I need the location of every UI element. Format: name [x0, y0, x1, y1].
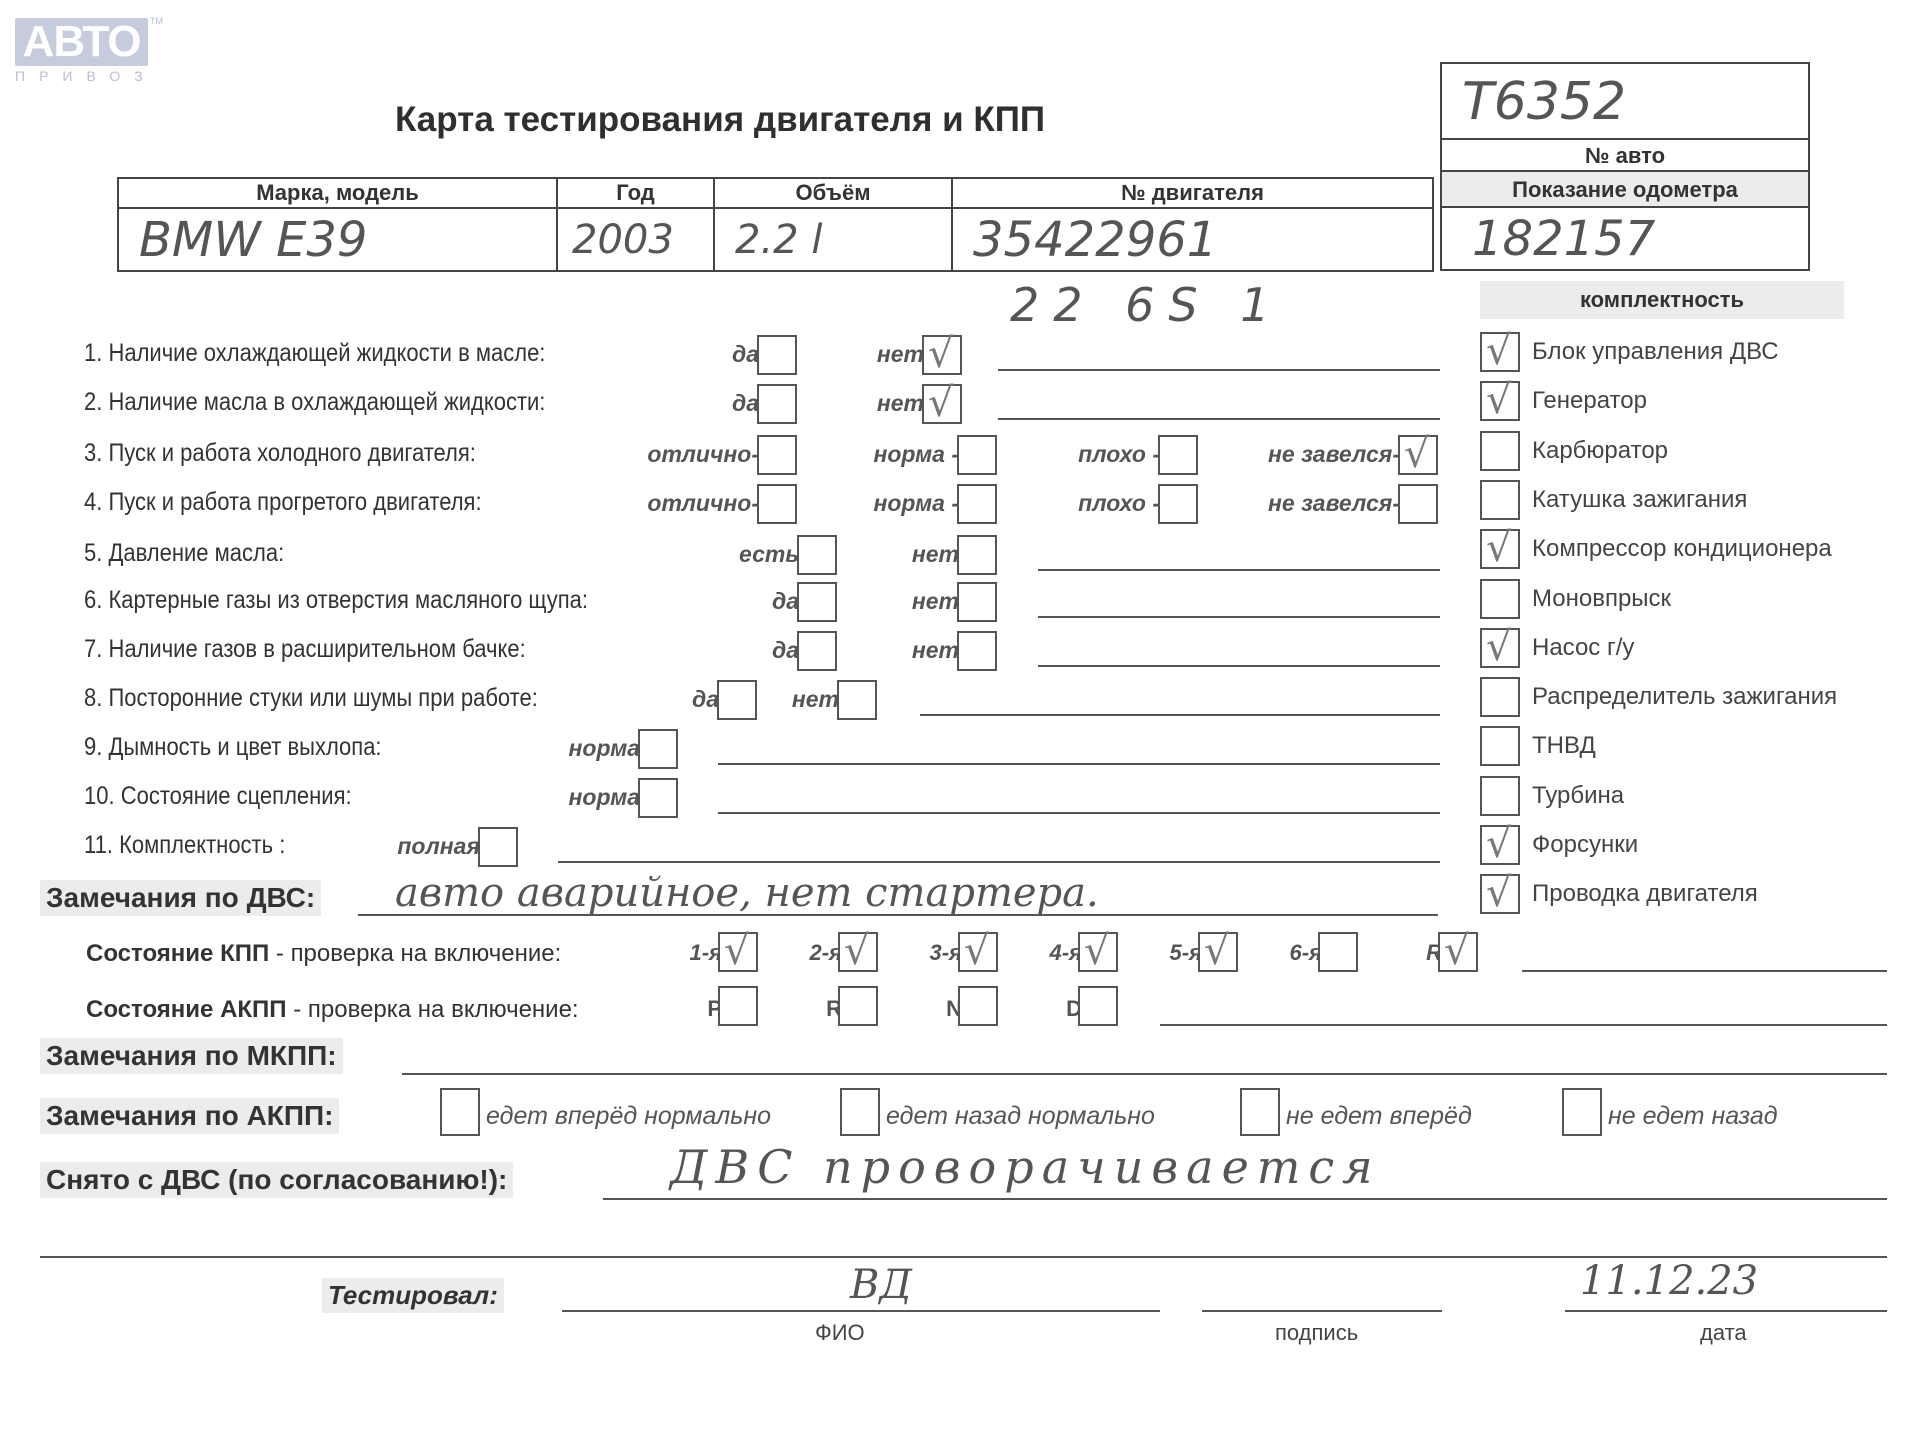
option-checkbox[interactable]	[797, 535, 837, 575]
kit-checkbox[interactable]	[1480, 677, 1520, 717]
kit-checkbox[interactable]	[1480, 529, 1520, 569]
removed-value[interactable]: ДВС проворачивается	[670, 1140, 1381, 1194]
question-text: 7. Наличие газов в расширительном бачке:	[84, 635, 526, 664]
car-number-value[interactable]: T6352	[1442, 64, 1808, 140]
vehicle-info-table: Марка, модель Год Объём № двигателя BMW …	[117, 177, 1434, 272]
question-text: 3. Пуск и работа холодного двигателя:	[84, 439, 476, 468]
odometer-value[interactable]: 182157	[1442, 208, 1808, 271]
option-checkbox[interactable]	[1158, 435, 1198, 475]
akpp-remark-label: не едет вперёд	[1286, 1102, 1472, 1131]
kit-item-label: Блок управления ДВС	[1532, 338, 1779, 366]
option-checkbox[interactable]	[957, 535, 997, 575]
option-label: отлично-	[647, 441, 759, 468]
caption-signature: подпись	[1275, 1320, 1358, 1346]
question-text: 11. Комплектность :	[84, 831, 285, 860]
option-label: нет	[912, 541, 959, 568]
option-label: плохо -	[1078, 490, 1160, 517]
car-info-box: T6352 № авто Показание одометра 182157	[1440, 62, 1810, 271]
logo: АВТО	[15, 18, 148, 66]
akpp-position-checkbox[interactable]	[958, 986, 998, 1026]
kit-item-label: Проводка двигателя	[1532, 880, 1758, 908]
option-checkbox[interactable]	[757, 484, 797, 524]
comment-line[interactable]	[718, 812, 1440, 814]
kit-item-label: Компрессор кондиционера	[1532, 535, 1832, 563]
kit-checkbox[interactable]	[1480, 332, 1520, 372]
gear-checkbox[interactable]	[838, 932, 878, 972]
option-label: не завелся-	[1268, 490, 1400, 517]
option-label: да	[732, 390, 759, 417]
auto-gearbox-label-rest: - проверка на включение:	[287, 996, 579, 1023]
akpp-position-checkbox[interactable]	[838, 986, 878, 1026]
akpp-remarks-label: Замечания по АКПП:	[40, 1098, 339, 1134]
option-checkbox[interactable]	[757, 435, 797, 475]
option-label: да	[772, 588, 799, 615]
question-text: 4. Пуск и работа прогретого двигателя:	[84, 488, 482, 517]
car-number-label: № авто	[1442, 140, 1808, 172]
akpp-remark-label: едет назад нормально	[886, 1102, 1155, 1131]
question-text: 9. Дымность и цвет выхлопа:	[84, 733, 382, 762]
option-checkbox[interactable]	[1398, 435, 1438, 475]
option-label: отлично-	[647, 490, 759, 517]
col-make-model: Марка, модель	[118, 178, 557, 208]
kit-checkbox[interactable]	[1480, 726, 1520, 766]
option-checkbox[interactable]	[797, 631, 837, 671]
gear-checkbox[interactable]	[1078, 932, 1118, 972]
akpp-remark-label: не едет назад	[1608, 1102, 1778, 1131]
option-label: не завелся-	[1268, 441, 1400, 468]
comment-line[interactable]	[558, 861, 1440, 863]
engine-number-value[interactable]: 35422961	[952, 208, 1433, 271]
kit-checkbox[interactable]	[1480, 628, 1520, 668]
manual-gearbox-line	[1522, 970, 1887, 972]
option-checkbox[interactable]	[922, 384, 962, 424]
removed-label: Снято с ДВС (по согласованию!):	[40, 1162, 513, 1198]
kit-checkbox[interactable]	[1480, 579, 1520, 619]
signature-line[interactable]	[1202, 1310, 1442, 1312]
page-title: Карта тестирования двигателя и КПП	[395, 100, 1045, 140]
option-label: норма	[569, 735, 641, 762]
comment-line[interactable]	[1038, 665, 1440, 667]
volume-value[interactable]: 2.2 l	[714, 208, 952, 271]
option-checkbox[interactable]	[922, 335, 962, 375]
option-checkbox[interactable]	[478, 827, 518, 867]
gear-checkbox[interactable]	[718, 932, 758, 972]
question-text: 5. Давление масла:	[84, 539, 284, 568]
question-text: 2. Наличие масла в охлаждающей жидкости:	[84, 388, 545, 417]
manual-gearbox-label-rest: - проверка на включение:	[269, 940, 561, 967]
option-label: нет	[792, 686, 839, 713]
option-label: нет	[912, 637, 959, 664]
make-model-value[interactable]: BMW E39	[118, 208, 557, 271]
kit-checkbox[interactable]	[1480, 776, 1520, 816]
col-engine-number: № двигателя	[952, 178, 1433, 208]
option-label: нет	[912, 588, 959, 615]
option-label: нет	[877, 341, 924, 368]
comment-line[interactable]	[998, 369, 1440, 371]
comment-line[interactable]	[1038, 569, 1440, 571]
kit-item-label: Турбина	[1532, 782, 1624, 810]
kit-item-label: Форсунки	[1532, 831, 1638, 859]
mkpp-remarks-line[interactable]	[402, 1073, 1887, 1075]
option-label: есть	[739, 541, 799, 568]
option-checkbox[interactable]	[837, 680, 877, 720]
caption-name: ФИО	[815, 1320, 865, 1346]
comment-line[interactable]	[718, 763, 1440, 765]
question-text: 6. Картерные газы из отверстия масляного…	[84, 586, 588, 615]
akpp-position-checkbox[interactable]	[1078, 986, 1118, 1026]
kit-checkbox[interactable]	[1480, 874, 1520, 914]
option-checkbox[interactable]	[757, 384, 797, 424]
tester-name-line	[562, 1310, 1160, 1312]
option-checkbox[interactable]	[638, 729, 678, 769]
akpp-remark-checkbox[interactable]	[1240, 1088, 1280, 1136]
kit-item-label: Распределитель зажигания	[1532, 683, 1837, 711]
caption-date: дата	[1700, 1320, 1747, 1346]
logo-subtitle: ПРИВОЗ	[15, 68, 155, 84]
logo-trademark: TM	[150, 16, 163, 26]
kit-item-label: ТНВД	[1532, 732, 1596, 760]
option-label: плохо -	[1078, 441, 1160, 468]
option-checkbox[interactable]	[717, 680, 757, 720]
auto-gearbox-label: Состояние АКПП - проверка на включение:	[86, 996, 579, 1024]
tested-by-label: Тестировал:	[322, 1278, 504, 1313]
option-label: норма -	[873, 441, 959, 468]
kit-item-label: Катушка зажигания	[1532, 486, 1747, 514]
gear-checkbox[interactable]	[1318, 932, 1358, 972]
mkpp-remarks-label: Замечания по МКПП:	[40, 1038, 343, 1074]
year-value[interactable]: 2003	[557, 208, 714, 271]
gear-checkbox[interactable]	[1198, 932, 1238, 972]
akpp-remark-checkbox[interactable]	[440, 1088, 480, 1136]
kit-checkbox[interactable]	[1480, 480, 1520, 520]
option-label: да	[732, 341, 759, 368]
col-volume: Объём	[714, 178, 952, 208]
removed-line	[603, 1198, 1887, 1200]
option-label: норма	[569, 784, 641, 811]
engine-remarks-label: Замечания по ДВС:	[40, 880, 321, 916]
auto-gearbox-label-bold: Состояние АКПП	[86, 996, 287, 1023]
tester-name-value[interactable]: ВД	[850, 1262, 912, 1308]
kit-item-label: Генератор	[1532, 387, 1647, 415]
kit-checkbox[interactable]	[1480, 381, 1520, 421]
gear-checkbox[interactable]	[958, 932, 998, 972]
akpp-remark-label: едет вперёд нормально	[486, 1102, 771, 1131]
akpp-remark-checkbox[interactable]	[840, 1088, 880, 1136]
option-label: полная	[397, 833, 480, 860]
question-text: 1. Наличие охлаждающей жидкости в масле:	[84, 339, 545, 368]
question-text: 10. Состояние сцепления:	[84, 782, 352, 811]
option-label: да	[692, 686, 719, 713]
option-checkbox[interactable]	[957, 582, 997, 622]
option-label: нет	[877, 390, 924, 417]
odometer-label: Показание одометра	[1442, 172, 1808, 208]
col-year: Год	[557, 178, 714, 208]
option-checkbox[interactable]	[797, 582, 837, 622]
manual-gearbox-label-bold: Состояние КПП	[86, 940, 269, 967]
kit-header: комплектность	[1480, 281, 1844, 319]
option-checkbox[interactable]	[1398, 484, 1438, 524]
akpp-position-checkbox[interactable]	[718, 986, 758, 1026]
date-value[interactable]: 11.12.23	[1580, 1258, 1758, 1304]
option-checkbox[interactable]	[957, 631, 997, 671]
manual-gearbox-label: Состояние КПП - проверка на включение:	[86, 940, 561, 968]
kit-checkbox[interactable]	[1480, 825, 1520, 865]
comment-line[interactable]	[1038, 616, 1440, 618]
option-checkbox[interactable]	[638, 778, 678, 818]
option-checkbox[interactable]	[957, 484, 997, 524]
date-line	[1565, 1310, 1887, 1312]
kit-item-label: Насос г/у	[1532, 634, 1634, 662]
akpp-remark-checkbox[interactable]	[1562, 1088, 1602, 1136]
comment-line[interactable]	[920, 714, 1440, 716]
gear-checkbox[interactable]	[1438, 932, 1478, 972]
kit-item-label: Карбюратор	[1532, 437, 1668, 465]
engine-remarks-value[interactable]: авто аварийное, нет стартера.	[395, 870, 1099, 916]
option-checkbox[interactable]	[957, 435, 997, 475]
option-label: норма -	[873, 490, 959, 517]
comment-line[interactable]	[998, 418, 1440, 420]
option-checkbox[interactable]	[1158, 484, 1198, 524]
engine-code-note: 22 6S 1	[1010, 278, 1284, 332]
auto-gearbox-line	[1160, 1024, 1887, 1026]
option-checkbox[interactable]	[757, 335, 797, 375]
option-label: да	[772, 637, 799, 664]
kit-item-label: Моновпрыск	[1532, 585, 1671, 613]
kit-checkbox[interactable]	[1480, 431, 1520, 471]
question-text: 8. Посторонние стуки или шумы при работе…	[84, 684, 538, 713]
